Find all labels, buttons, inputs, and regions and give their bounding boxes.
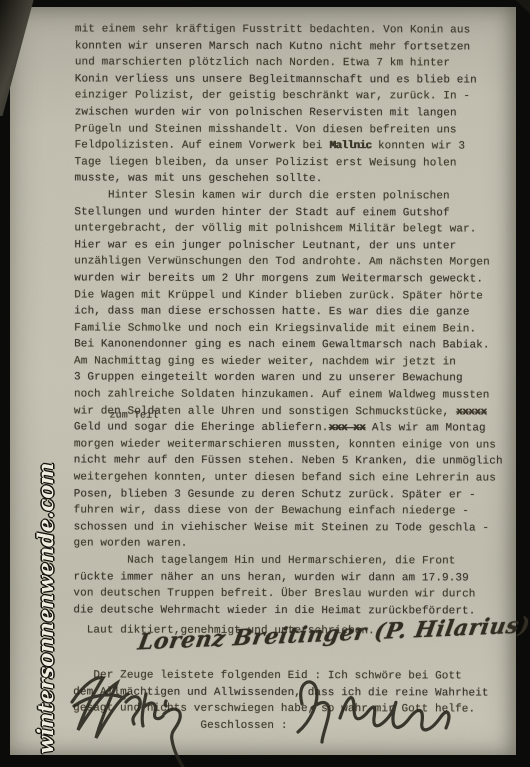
text-line: einziger Polizist, der geistig beschränk… — [75, 88, 507, 106]
text-line: Nach tagelangem Hin und Hermarschieren, … — [73, 552, 505, 570]
text-line: rückte immer näher an uns heran, wurden … — [73, 569, 505, 587]
text-line: unzähligen Verwünschungen den Tod androh… — [74, 254, 506, 272]
text-line: Hier war es ein junger polnischer Leutna… — [74, 237, 506, 255]
text-line: von deutschen Truppen befreit. Über Bres… — [73, 586, 505, 604]
text-line: fuhren wir, dass diese von der Bewachung… — [74, 503, 506, 521]
text-line: musste, was mit uns geschehen sollte. — [74, 171, 506, 189]
line-segment: konnten wir 3 — [371, 140, 465, 152]
text-line: schossen und in viehischer Weise mit Ste… — [74, 519, 506, 537]
text-line: konnten wir unseren Marsch nach Kutno ni… — [75, 38, 507, 56]
document-scan: mit einem sehr kräftigen Fusstritt bedac… — [0, 0, 530, 767]
struck-out-text: xxxxx — [456, 406, 487, 418]
text-line: ich, dass man diese erschossen hatte. Es… — [74, 304, 506, 322]
struck-out-text: xxx xx — [329, 422, 366, 434]
line-segment: Feldpolizisten. Auf einem Vorwerk bei — [75, 140, 330, 153]
watermark-text: wintersonnenwende.com — [33, 490, 71, 754]
text-line: Die Wagen mit Krüppel und Kinder blieben… — [74, 287, 506, 305]
overtyped-word: Mallnic — [329, 140, 371, 152]
text-line: morgen wieder weitermarschieren mussten,… — [74, 436, 506, 454]
text-line: zwischen wurden wir von polnischen Reser… — [75, 104, 507, 122]
text-line-overtype: Feldpolizisten. Auf einem Vorwerk bei Ma… — [75, 138, 507, 156]
insertion-label: zum Teil — [109, 409, 158, 426]
text-line: Prügeln und Steinen misshandelt. Von die… — [75, 121, 507, 139]
text-line: Tage liegen bleiben, da unser Polizist e… — [75, 154, 507, 172]
line-segment: Als wir am Montag — [365, 422, 486, 434]
text-line: Hinter Slesin kamen wir durch die ersten… — [74, 187, 506, 205]
handwritten-signature-right — [286, 672, 461, 762]
text-line: weitergehen konnten, unter diesen befand… — [74, 469, 506, 487]
text-line-insertion: Geld undzum Teil sogar die Eheringe abli… — [74, 420, 506, 438]
text-line: mit einem sehr kräftigen Fusstritt bedac… — [75, 21, 507, 39]
text-line: Stellungen und wurden hinter der Stadt a… — [74, 204, 506, 222]
text-line: Posen, blieben 3 Gesunde zu deren Schutz… — [74, 486, 506, 504]
text-line: wurden wir bereits um 2 Uhr morgens zum … — [74, 270, 506, 288]
text-line: Familie Schmolke und noch ein Kriegsinva… — [74, 320, 506, 338]
text-line: Am Nachmittag ging es wieder weiter, nac… — [74, 353, 506, 371]
text-line: Konin verliess uns unsere Begleitmannsch… — [75, 71, 507, 89]
text-line: gen worden waren. — [74, 536, 506, 554]
text-line: und marschierten plötzlich nach Norden. … — [75, 55, 507, 73]
text-line: noch zahlreiche Soldaten hinzukamen. Auf… — [74, 386, 506, 404]
handwritten-signature-left — [62, 668, 202, 767]
text-line: nicht mehr auf den Füssen stehen. Neben … — [74, 453, 506, 471]
text-line: untergebracht, der völlig mit polnishcem… — [74, 221, 506, 239]
text-line: 3 Gruppen eingeteilt worden waren und zu… — [74, 370, 506, 388]
text-line: Bei Kanonendonner ging es nach einem Gew… — [74, 337, 506, 355]
